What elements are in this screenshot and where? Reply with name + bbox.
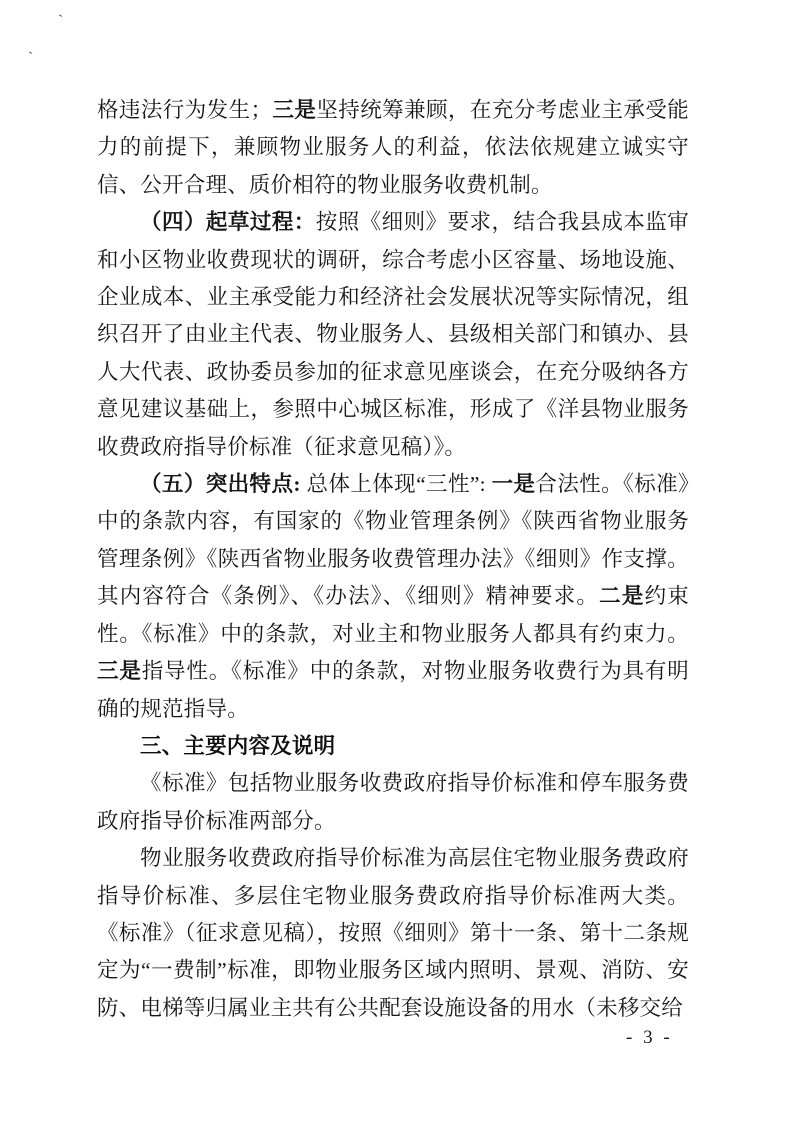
text-run: 指导性。《标准》中的条款，对物业服务收费行为具有明确的规范指导。 <box>97 659 689 720</box>
paragraph-key-features: （五）突出特点: 总体上体现“三性”: 一是合法性。《标准》中的条款内容，有国家… <box>97 466 689 728</box>
text-run-bold: （五）突出特点: <box>140 472 307 496</box>
section-heading-main-content: 三、主要内容及说明 <box>97 728 689 765</box>
document-page: ` ` 格违法行为发生；三是坚持统筹兼顾，在充分考虑业主承受能力的前提下，兼顾物… <box>0 0 793 1123</box>
paragraph-fee-categories: 物业服务收费政府指导价标准为高层住宅物业服务费政府指导价标准、多层住宅物业服务费… <box>97 840 689 1027</box>
text-run-bold: 三是 <box>272 98 316 122</box>
text-run: 按照《细则》要求，结合我县成本监审和小区物业收费现状的调研，综合考虑小区容量、场… <box>97 210 689 458</box>
text-run-bold: 三是 <box>97 659 142 683</box>
text-run: 《标准》包括物业服务收费政府指导价标准和停车服务费政府指导价标准两部分。 <box>97 771 689 832</box>
paragraph-standard-scope: 《标准》包括物业服务收费政府指导价标准和停车服务费政府指导价标准两部分。 <box>97 765 689 840</box>
text-run-bold: 二是 <box>599 584 644 608</box>
text-run: 格违法行为发生； <box>97 98 272 122</box>
paragraph-continuation: 格违法行为发生；三是坚持统筹兼顾，在充分考虑业主承受能力的前提下，兼顾物业服务人… <box>97 92 689 204</box>
text-run: 物业服务收费政府指导价标准为高层住宅物业服务费政府指导价标准、多层住宅物业服务费… <box>97 846 689 1020</box>
scan-speck-mark: ` <box>58 14 65 30</box>
document-body: 格违法行为发生；三是坚持统筹兼顾，在充分考虑业主承受能力的前提下，兼顾物业服务人… <box>97 92 689 1027</box>
scan-speck-mark: ` <box>28 51 35 67</box>
paragraph-drafting-process: （四）起草过程：按照《细则》要求，结合我县成本监审和小区物业收费现状的调研，综合… <box>97 204 689 466</box>
text-run-bold: 一是 <box>492 472 536 496</box>
text-run-bold: （四）起草过程： <box>140 210 316 234</box>
text-run: 总体上体现“三性”: <box>307 472 492 496</box>
page-number: - 3 - <box>626 1027 673 1049</box>
